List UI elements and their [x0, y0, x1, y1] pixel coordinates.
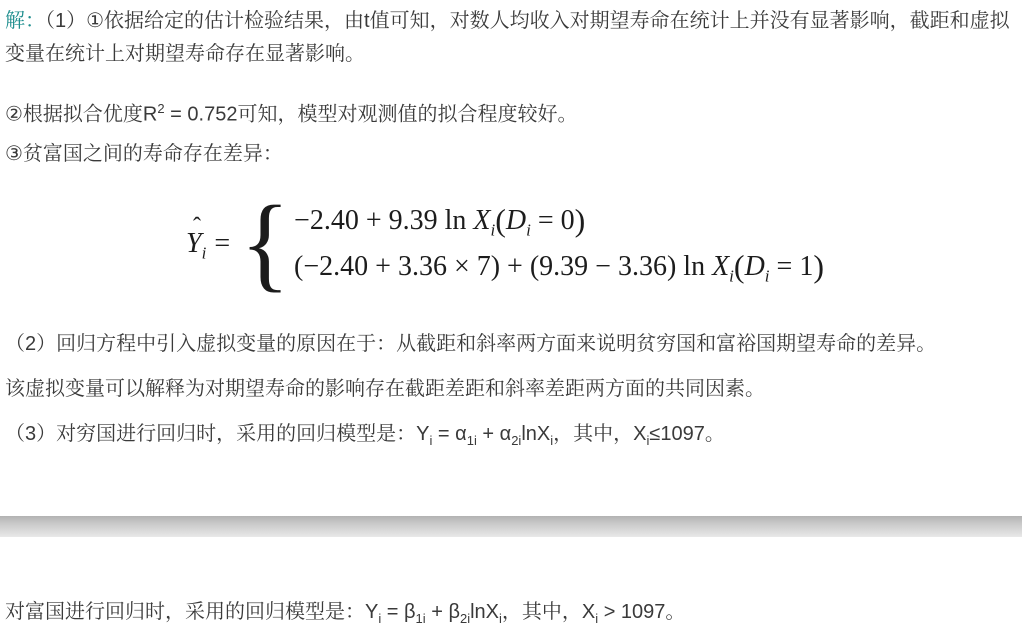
formula-lhs-subscript: i: [202, 244, 207, 263]
case1-d: D: [506, 205, 526, 236]
rich-mid: ，其中，: [502, 601, 582, 623]
rich-beta1-sub: 1i: [416, 611, 426, 626]
rich-y: Y: [365, 601, 378, 623]
rich-model-pre: 对富国进行回归时，采用的回归模型是：: [5, 601, 365, 623]
case1-expression: −2.40 + 9.39 ln: [294, 205, 473, 236]
paragraph-1: 解：（1）①依据给定的估计检验结果，由t值可知，对数人均收入对期望寿命在统计上并…: [5, 5, 1019, 71]
r2-superscript: 2: [157, 101, 164, 116]
poor-model-equation: Yi = α1i + α2ilnXi: [416, 423, 553, 445]
rich-condition: Xi > 1097。: [582, 601, 686, 623]
hat-accent: ˆ: [193, 214, 201, 241]
case1-x: X: [473, 205, 490, 236]
poor-condition: Xi≤1097。: [633, 423, 725, 445]
paragraph-4: （2）回归方程中引入虚拟变量的原因在于：从截距和斜率两方面来说明贫穷国和富裕国期…: [5, 331, 1019, 357]
formula-case-poor: −2.40 + 9.39 ln Xi(Di = 0): [294, 203, 824, 239]
case2-d: D: [745, 251, 765, 282]
rich-cond: > 1097。: [598, 601, 685, 623]
poor-lnx: lnX: [521, 423, 550, 445]
rich-beta1: β: [404, 601, 416, 623]
poor-mid: ，其中，: [553, 423, 633, 445]
poor-cond: ≤1097。: [649, 423, 724, 445]
paragraph-2: ②根据拟合优度R2 = 0.752可知，模型对观测值的拟合程度较好。: [5, 96, 1019, 128]
r2-pre: ②根据拟合优度R: [5, 104, 157, 126]
case2-close-paren: ): [813, 248, 824, 284]
rich-plus: +: [426, 601, 449, 623]
poor-x: X: [633, 423, 646, 445]
left-brace: {: [240, 191, 290, 297]
case2-expression: (−2.40 + 3.36 × 7) + (9.39 − 3.36) ln: [294, 251, 712, 282]
rich-eq: =: [381, 601, 404, 623]
case1-relation: =: [531, 205, 561, 236]
poor-alpha2: α: [500, 423, 512, 445]
case2-value: 1: [799, 251, 813, 282]
case1-open-paren: (: [495, 202, 506, 238]
rich-lnx: lnX: [470, 601, 499, 623]
r2-post: = 0.752可知，模型对观测值的拟合程度较好。: [165, 104, 578, 126]
rich-x: X: [582, 601, 595, 623]
paragraph-1-text: （1）①依据给定的估计检验结果，由t值可知，对数人均收入对期望寿命在统计上并没有…: [5, 10, 1010, 65]
poor-y: Y: [416, 423, 429, 445]
poor-model-pre: （3）对穷国进行回归时，采用的回归模型是：: [5, 423, 416, 445]
poor-plus: +: [477, 423, 500, 445]
solution-label: 解：: [5, 10, 45, 32]
case1-value: 0: [561, 205, 575, 236]
paragraph-5-text: 该虚拟变量可以解释为对期望寿命的影响存在截距差距和斜率差距两方面的共同因素。: [5, 378, 765, 400]
rich-beta2-sub: 2i: [460, 611, 470, 626]
poor-alpha1-sub: 1i: [467, 433, 477, 448]
paragraph-7: 对富国进行回归时，采用的回归模型是：Yi = β1i + β2ilnXi，其中，…: [5, 599, 1019, 625]
rich-beta2: β: [448, 601, 460, 623]
paragraph-3: ③贫富国之间的寿命存在差异：: [5, 141, 1019, 167]
paragraph-4-text: （2）回归方程中引入虚拟变量的原因在于：从截距和斜率两方面来说明贫穷国和富裕国期…: [5, 333, 936, 355]
paragraph-3-text: ③贫富国之间的寿命存在差异：: [5, 143, 283, 165]
rich-model-equation: Yi = β1i + β2ilnXi: [365, 601, 502, 623]
poor-eq: =: [432, 423, 455, 445]
formula-case-rich: (−2.40 + 3.36 × 7) + (9.39 − 3.36) ln Xi…: [294, 249, 824, 285]
poor-alpha1: α: [455, 423, 467, 445]
formula-equals: =: [214, 228, 230, 260]
poor-alpha2-sub: 2i: [511, 433, 521, 448]
formula-cases: −2.40 + 9.39 ln Xi(Di = 0) (−2.40 + 3.36…: [294, 203, 824, 286]
case2-relation: =: [770, 251, 800, 282]
case1-close-paren: ): [575, 202, 586, 238]
case2-open-paren: (: [734, 248, 745, 284]
section-divider: [0, 516, 1022, 537]
piecewise-formula: ˆYi = { −2.40 + 9.39 ln Xi(Di = 0) (−2.4…: [186, 192, 824, 296]
paragraph-5: 该虚拟变量可以解释为对期望寿命的影响存在截距差距和斜率差距两方面的共同因素。: [5, 376, 1019, 402]
formula-lhs: ˆYi: [186, 228, 206, 260]
case2-x: X: [712, 251, 729, 282]
paragraph-6: （3）对穷国进行回归时，采用的回归模型是：Yi = α1i + α2ilnXi，…: [5, 421, 1019, 447]
